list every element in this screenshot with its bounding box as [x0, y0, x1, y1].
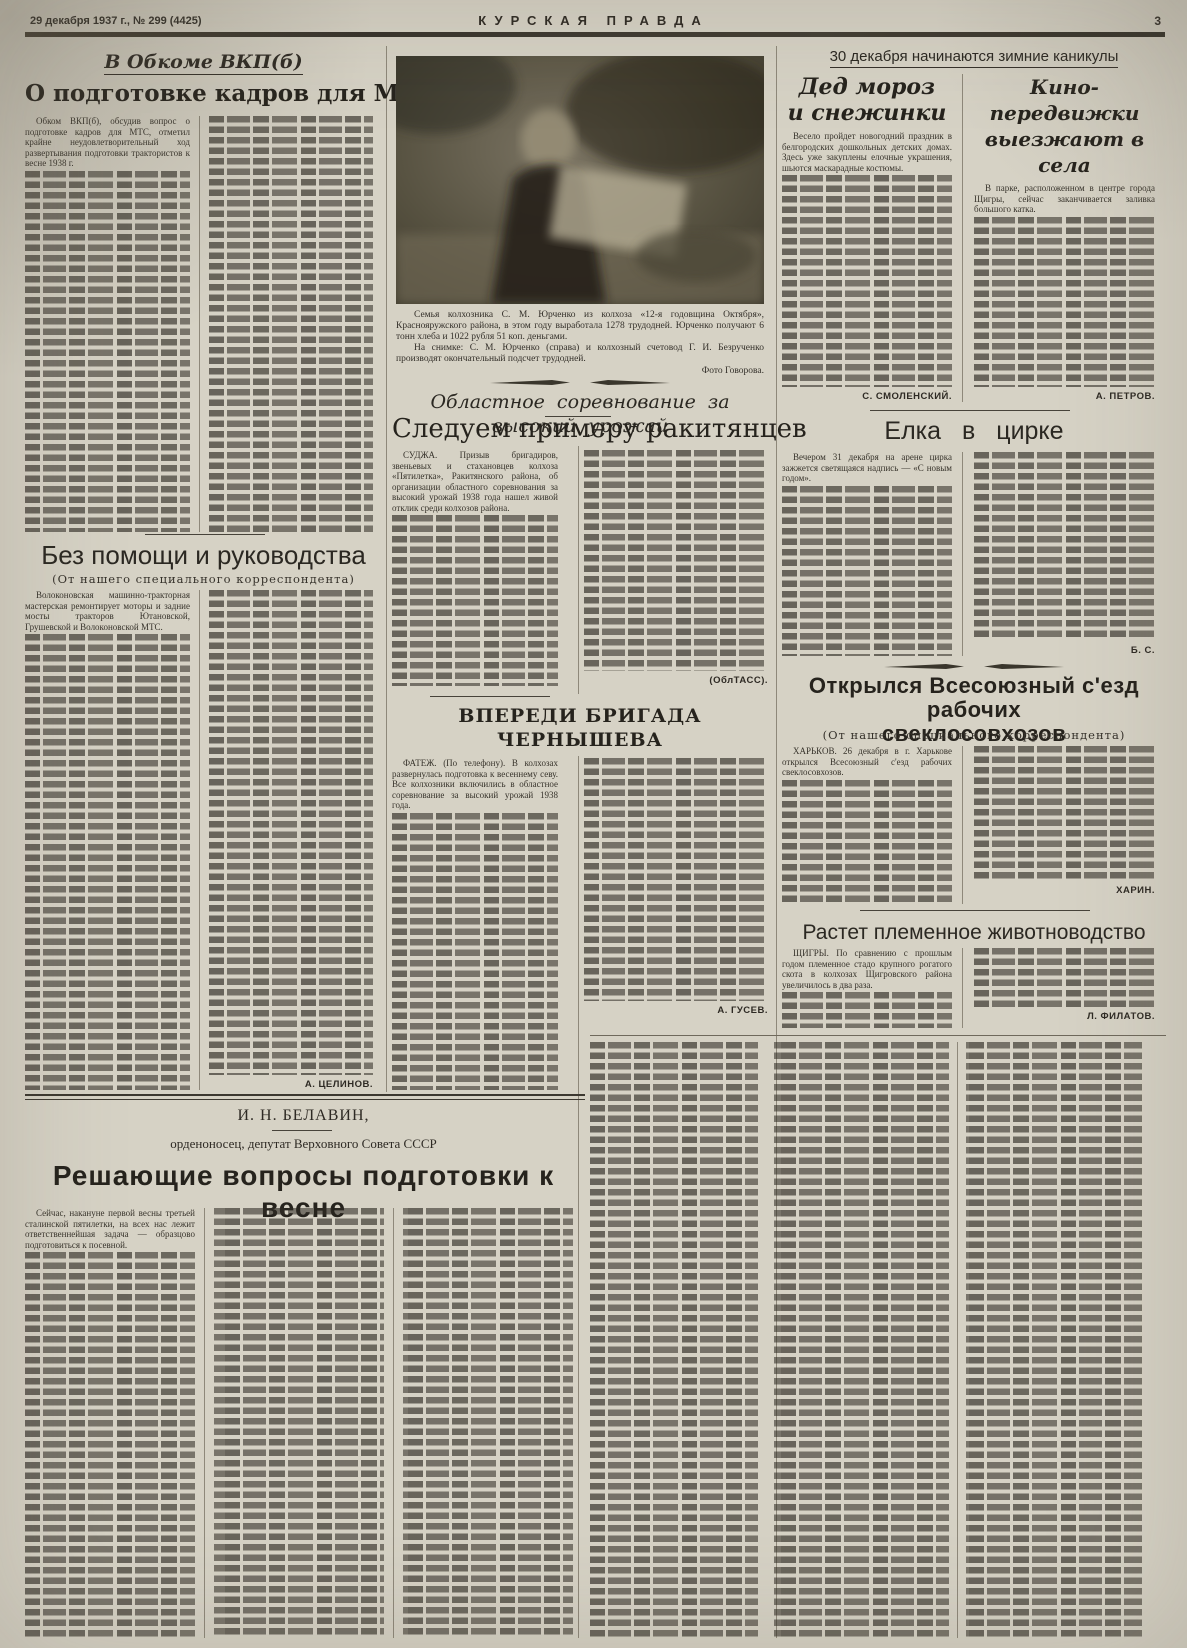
holiday-articles: Дед мороз и снежинки Весело пройдет ново… [782, 74, 1166, 402]
divider-ornament [396, 378, 764, 387]
masthead-title: КУРСКАЯ ПРАВДА [0, 13, 1187, 29]
headline-kino-peredvizhki: Кино-передвижки выезжают в села [974, 74, 1155, 178]
signature: С. СМОЛЕНСКИЙ. [782, 391, 952, 402]
body-text [584, 758, 768, 1001]
headline-ded-moroz: Дед мороз и снежинки [782, 74, 952, 126]
text-column [200, 116, 373, 532]
body-text [782, 992, 952, 1028]
article-lede: Вечером 31 декабря на арене цирка зажжет… [782, 452, 952, 484]
text-column [590, 1042, 766, 1638]
caption-onpic: На снимке: С. М. Юрченко (справа) и колх… [396, 343, 764, 365]
text-column [766, 1042, 958, 1638]
body-text [966, 1042, 1142, 1638]
article-lede: В парке, расположенном в центре города Щ… [974, 183, 1155, 215]
article-kino: Кино-передвижки выезжают в села В парке,… [963, 74, 1155, 402]
text-column: А. ГУСЕВ. [584, 758, 768, 1016]
article-lede: СУДЖА. Призыв бригадиров, звеньевых и ст… [392, 450, 558, 513]
body-text [25, 171, 190, 533]
headline-rastet: Растет племенное животноводство [782, 918, 1166, 948]
headline-vperedi: ВПЕРЕДИ БРИГАДА ЧЕРНЫШЕВА [392, 704, 768, 752]
divider-rule [430, 696, 550, 697]
belavin-continuation-columns [590, 1042, 1166, 1638]
article-lede: Волоконовская машинно-тракторная мастерс… [25, 590, 190, 632]
body-text [584, 450, 768, 671]
text-column: А. ЦЕЛИНОВ. [200, 590, 373, 1090]
headline-bez-pomoshchi: Без помощи и руководства [25, 540, 382, 570]
text-column: ЩИГРЫ. По сравнению с прошлым годом плем… [782, 948, 963, 1028]
text-column [394, 1208, 573, 1638]
photo-caption: Семья колхозника С. М. Юрченко из колхоз… [396, 310, 764, 377]
article-vperedi-body: ФАТЕЖ. (По телефону). В колхозах разверн… [392, 758, 768, 1090]
body-text [25, 634, 190, 1090]
body-text [782, 780, 952, 905]
signature: А. ГУСЕВ. [584, 1005, 768, 1016]
article-bez-body: Волоконовская машинно-тракторная мастерс… [25, 590, 382, 1090]
body-text [590, 1042, 758, 1638]
article-ded-moroz: Дед мороз и снежинки Весело пройдет ново… [782, 74, 963, 402]
banner-kanikuly: 30 декабря начинаются зимние каникулы [782, 48, 1166, 66]
headline-elka: Елка в цирке [782, 416, 1166, 446]
section-rule [590, 1035, 1166, 1036]
article-sezd-body: ХАРЬКОВ. 26 декабря в г. Харькове открыл… [782, 746, 1166, 904]
article-elka-body: Вечером 31 декабря на арене цирка зажжет… [782, 452, 1166, 656]
caption-text: Семья колхозника С. М. Юрченко из колхоз… [396, 310, 764, 343]
signature: А. ПЕТРОВ. [974, 391, 1155, 402]
kicker-v-obkome: В Обкоме ВКП(б) [25, 50, 382, 74]
text-column: ФАТЕЖ. (По телефону). В колхозах разверн… [392, 758, 568, 1090]
body-text [782, 175, 952, 387]
body-text [782, 486, 952, 657]
body-text [974, 948, 1155, 1007]
text-column: (ОблТАСС). [584, 450, 768, 686]
article-lede: ФАТЕЖ. (По телефону). В колхозах разверн… [392, 758, 558, 811]
signature: (ОблТАСС). [584, 675, 768, 686]
text-column: Б. С. [963, 452, 1155, 656]
body-text [392, 515, 558, 686]
text-column [958, 1042, 1142, 1638]
article-lede: Весело пройдет новогодний праздник в бел… [782, 131, 952, 173]
signature: А. ЦЕЛИНОВ. [209, 1079, 373, 1090]
subhead-correspondent: (От нашего специального корреспондента) [782, 728, 1166, 742]
divider-rule [870, 410, 1070, 411]
body-text [403, 1208, 573, 1638]
article-lede: ЩИГРЫ. По сравнению с прошлым годом плем… [782, 948, 952, 990]
signature: Б. С. [974, 645, 1155, 656]
photo [396, 56, 764, 304]
photo-credit: Фото Говорова. [396, 366, 764, 377]
byline-underline [272, 1130, 332, 1131]
divider-rule [145, 534, 265, 535]
headline-sleduem: Следуем примеру ракитянцев [392, 414, 768, 444]
body-text [209, 116, 373, 532]
body-text [25, 1252, 195, 1638]
article-rastet-body: ЩИГРЫ. По сравнению с прошлым годом плем… [782, 948, 1166, 1028]
page-number: 3 [1154, 14, 1161, 28]
body-text [392, 813, 558, 1091]
article-belavin-body: Сейчас, накануне первой весны третьей ст… [25, 1208, 582, 1638]
body-text [209, 590, 373, 1075]
article-sleduem-body: СУДЖА. Призыв бригадиров, звеньевых и ст… [392, 450, 768, 686]
body-text [774, 1042, 949, 1638]
text-column: СУДЖА. Призыв бригадиров, звеньевых и ст… [392, 450, 568, 686]
newspaper-page: 29 декабря 1937 г., № 299 (4425) КУРСКАЯ… [0, 0, 1187, 1648]
subhead-correspondent: (От нашего специального корреспондента) [25, 572, 382, 586]
text-column: ХАРИН. [963, 746, 1155, 896]
text-column: Обком ВКП(б), обсудив вопрос о подготовк… [25, 116, 200, 532]
text-column: Вечером 31 декабря на арене цирка зажжет… [782, 452, 963, 656]
divider-rule [860, 910, 1090, 911]
body-text [974, 746, 1155, 881]
body-text [974, 452, 1155, 641]
article-lede: ХАРЬКОВ. 26 декабря в г. Харькове открыл… [782, 746, 952, 778]
text-column: Л. ФИЛАТОВ. [963, 948, 1155, 1022]
divider-ornament [782, 662, 1166, 671]
text-column [205, 1208, 394, 1638]
byline-name: И. Н. БЕЛАВИН, [25, 1106, 582, 1126]
text-column: Волоконовская машинно-тракторная мастерс… [25, 590, 200, 1090]
text-column: Сейчас, накануне первой весны третьей ст… [25, 1208, 205, 1638]
article-lede: Обком ВКП(б), обсудив вопрос о подготовк… [25, 116, 190, 169]
signature: ХАРИН. [974, 885, 1155, 896]
body-text [214, 1208, 384, 1638]
column-rule [386, 46, 387, 1092]
byline-title: орденоносец, депутат Верховного Совета С… [25, 1136, 582, 1152]
signature: Л. ФИЛАТОВ. [974, 1011, 1155, 1022]
text-column: ХАРЬКОВ. 26 декабря в г. Харькове открыл… [782, 746, 963, 904]
header-rule [25, 32, 1165, 37]
article-mts-body: Обком ВКП(б), обсудив вопрос о подготовк… [25, 116, 382, 532]
body-text [974, 217, 1155, 388]
article-lede: Сейчас, накануне первой весны третьей ст… [25, 1208, 195, 1250]
headline-mts: О подготовке кадров для МТС [25, 80, 382, 108]
section-double-rule [25, 1094, 585, 1100]
